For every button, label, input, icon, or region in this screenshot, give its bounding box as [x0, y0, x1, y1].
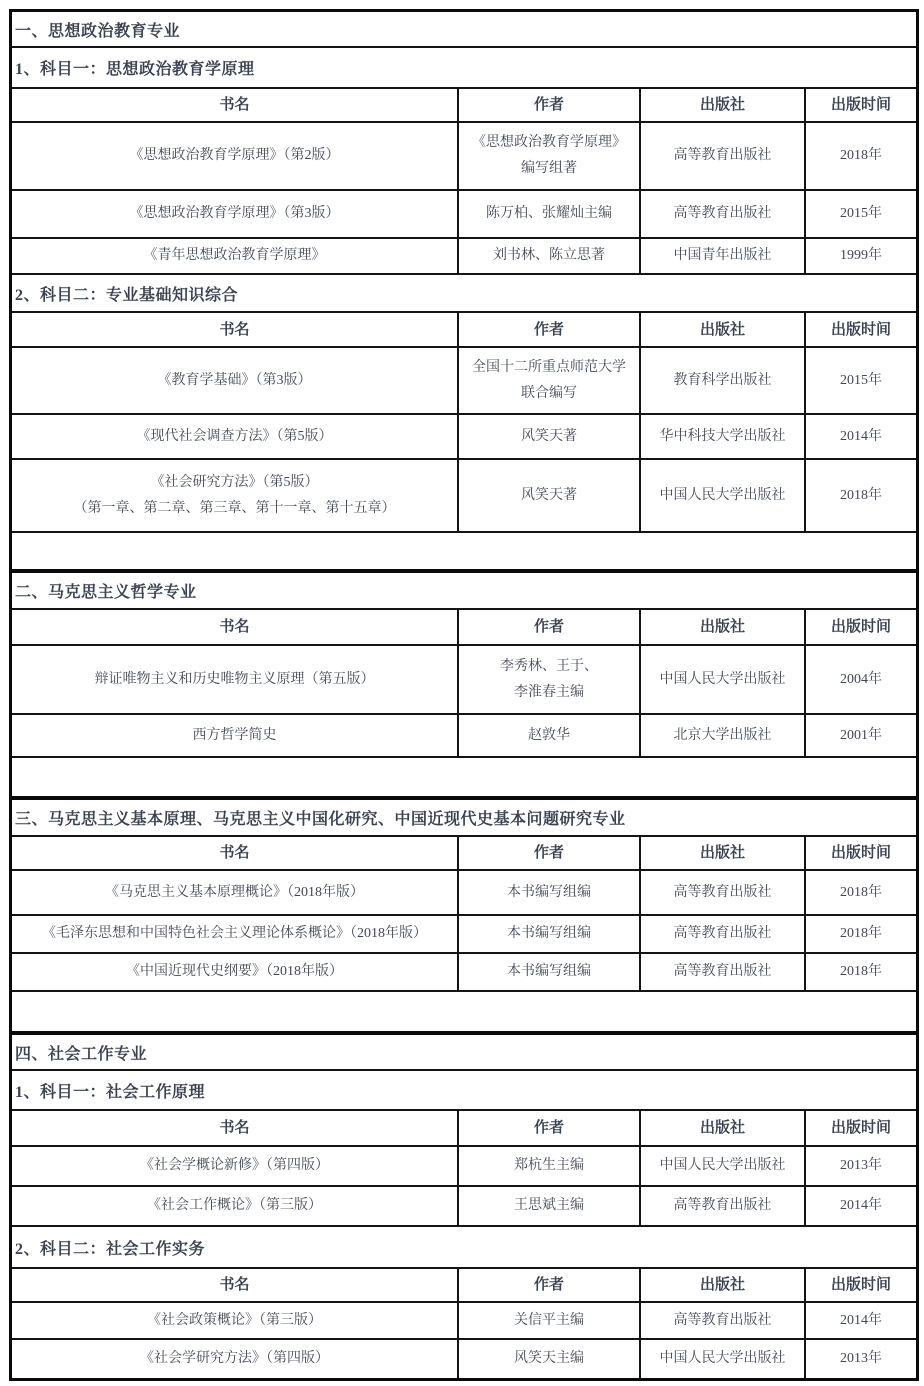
table-header-row: 书名 作者 出版社 出版时间: [12, 89, 916, 123]
books-table: 书名 作者 出版社 出版时间 《社会学概论新修》（第四版） 郑杭生主编 中国人民…: [12, 1111, 916, 1227]
subject-label: 2、科目二：专业基础知识综合: [12, 275, 916, 313]
header-cell-book: 书名: [12, 1111, 457, 1145]
section-title: 一、思想政治教育专业: [12, 12, 916, 48]
cell-author: 风笑天著: [457, 460, 639, 531]
cell-author: 《思想政治教育学原理》 编写组著: [457, 123, 639, 189]
header-cell-publisher: 出版社: [639, 89, 804, 121]
cell-author: 陈万柏、张耀灿主编: [457, 191, 639, 237]
header-cell-date: 出版时间: [804, 89, 916, 121]
cell-date: 2013年: [804, 1147, 916, 1185]
header-cell-author: 作者: [457, 837, 639, 869]
section-1: 一、思想政治教育专业 1、科目一：思想政治教育学原理 书名 作者 出版社 出版时…: [12, 12, 916, 569]
cell-date: 1999年: [804, 239, 916, 273]
table-row: 《思想政治教育学原理》（第2版） 《思想政治教育学原理》 编写组著 高等教育出版…: [12, 123, 916, 191]
cell-date: 2018年: [804, 871, 916, 914]
cell-author: 赵敦华: [457, 715, 639, 756]
cell-author: 本书编写组编: [457, 916, 639, 952]
cell-book: 《社会学概论新修》（第四版）: [12, 1147, 457, 1185]
books-table: 书名 作者 出版社 出版时间 《思想政治教育学原理》（第2版） 《思想政治教育学…: [12, 89, 916, 275]
cell-author: 本书编写组编: [457, 954, 639, 990]
header-cell-publisher: 出版社: [639, 1269, 804, 1301]
cell-book: 《马克思主义基本原理概论》（2018年版）: [12, 871, 457, 914]
table-row: 《教育学基础》（第3版） 全国十二所重点师范大学 联合编写 教育科学出版社 20…: [12, 348, 916, 415]
header-cell-publisher: 出版社: [639, 1111, 804, 1145]
table-row: 《毛泽东思想和中国特色社会主义理论体系概论》（2018年版） 本书编写组编 高等…: [12, 916, 916, 954]
cell-author: 关信平主编: [457, 1303, 639, 1338]
cell-publisher: 中国人民大学出版社: [639, 1147, 804, 1185]
cell-publisher: 中国青年出版社: [639, 239, 804, 273]
table-header-row: 书名 作者 出版社 出版时间: [12, 313, 916, 348]
section-title: 二、马克思主义哲学专业: [12, 573, 916, 610]
cell-book: 《社会学研究方法》（第四版）: [12, 1340, 457, 1378]
header-cell-publisher: 出版社: [639, 837, 804, 869]
subject-label: 1、科目一：社会工作原理: [12, 1071, 916, 1111]
blank-row: [12, 533, 916, 569]
header-cell-date: 出版时间: [804, 1269, 916, 1301]
cell-author: 全国十二所重点师范大学 联合编写: [457, 348, 639, 413]
table-header-row: 书名 作者 出版社 出版时间: [12, 1111, 916, 1147]
cell-date: 2001年: [804, 715, 916, 756]
cell-publisher: 教育科学出版社: [639, 348, 804, 413]
books-table: 书名 作者 出版社 出版时间 《教育学基础》（第3版） 全国十二所重点师范大学 …: [12, 313, 916, 533]
cell-author: 郑杭生主编: [457, 1147, 639, 1185]
cell-publisher: 北京大学出版社: [639, 715, 804, 756]
header-cell-date: 出版时间: [804, 313, 916, 346]
cell-publisher: 高等教育出版社: [639, 123, 804, 189]
cell-author: 本书编写组编: [457, 871, 639, 914]
cell-book: 西方哲学简史: [12, 715, 457, 756]
cell-book: 《教育学基础》（第3版）: [12, 348, 457, 413]
table-row: 《马克思主义基本原理概论》（2018年版） 本书编写组编 高等教育出版社 201…: [12, 871, 916, 916]
cell-book: 《社会研究方法》（第5版） （第一章、第二章、第三章、第十一章、第十五章）: [12, 460, 457, 531]
cell-date: 2014年: [804, 1187, 916, 1225]
cell-date: 2015年: [804, 191, 916, 237]
table-row: 《青年思想政治教育学原理》 刘书林、陈立思著 中国青年出版社 1999年: [12, 239, 916, 275]
table-row: 《思想政治教育学原理》（第3版） 陈万柏、张耀灿主编 高等教育出版社 2015年: [12, 191, 916, 239]
cell-date: 2014年: [804, 1303, 916, 1338]
table-row: 辩证唯物主义和历史唯物主义原理（第五版） 李秀林、王于、 李淮春主编 中国人民大…: [12, 646, 916, 715]
header-cell-date: 出版时间: [804, 837, 916, 869]
cell-publisher: 高等教育出版社: [639, 871, 804, 914]
cell-publisher: 高等教育出版社: [639, 191, 804, 237]
header-cell-book: 书名: [12, 610, 457, 644]
subject-label: 2、科目二：社会工作实务: [12, 1227, 916, 1269]
cell-book: 《青年思想政治教育学原理》: [12, 239, 457, 273]
cell-book: 辩证唯物主义和历史唯物主义原理（第五版）: [12, 646, 457, 713]
cell-date: 2014年: [804, 415, 916, 458]
cell-publisher: 高等教育出版社: [639, 954, 804, 990]
blank-row: [12, 992, 916, 1031]
header-cell-publisher: 出版社: [639, 313, 804, 346]
table-row: 《社会学研究方法》（第四版） 风笑天主编 中国人民大学出版社 2013年: [12, 1340, 916, 1378]
section-3: 三、马克思主义基本原理、马克思主义中国化研究、中国近现代史基本问题研究专业 书名…: [12, 796, 916, 1031]
table-row: 《中国近现代史纲要》（2018年版） 本书编写组编 高等教育出版社 2018年: [12, 954, 916, 992]
section-2: 二、马克思主义哲学专业 书名 作者 出版社 出版时间 辩证唯物主义和历史唯物主义…: [12, 569, 916, 796]
table-row: 《社会工作概论》（第三版） 王思斌主编 高等教育出版社 2014年: [12, 1187, 916, 1227]
header-cell-date: 出版时间: [804, 610, 916, 644]
table-row: 《现代社会调查方法》（第5版） 风笑天著 华中科技大学出版社 2014年: [12, 415, 916, 460]
cell-date: 2018年: [804, 460, 916, 531]
header-cell-book: 书名: [12, 89, 457, 121]
header-cell-author: 作者: [457, 89, 639, 121]
cell-publisher: 中国人民大学出版社: [639, 460, 804, 531]
cell-author: 风笑天著: [457, 415, 639, 458]
cell-date: 2004年: [804, 646, 916, 713]
header-cell-book: 书名: [12, 313, 457, 346]
cell-publisher: 高等教育出版社: [639, 916, 804, 952]
cell-book: 《社会政策概论》（第三版）: [12, 1303, 457, 1338]
cell-date: 2018年: [804, 954, 916, 990]
cell-date: 2018年: [804, 916, 916, 952]
header-cell-author: 作者: [457, 313, 639, 346]
table-row: 《社会学概论新修》（第四版） 郑杭生主编 中国人民大学出版社 2013年: [12, 1147, 916, 1187]
section-title: 三、马克思主义基本原理、马克思主义中国化研究、中国近现代史基本问题研究专业: [12, 800, 916, 837]
cell-author: 风笑天主编: [457, 1340, 639, 1378]
cell-author: 李秀林、王于、 李淮春主编: [457, 646, 639, 713]
reference-book-document: 一、思想政治教育专业 1、科目一：思想政治教育学原理 书名 作者 出版社 出版时…: [9, 9, 919, 1381]
cell-book: 《毛泽东思想和中国特色社会主义理论体系概论》（2018年版）: [12, 916, 457, 952]
section-title: 四、社会工作专业: [12, 1035, 916, 1071]
cell-author: 王思斌主编: [457, 1187, 639, 1225]
cell-publisher: 高等教育出版社: [639, 1303, 804, 1338]
table-row: 西方哲学简史 赵敦华 北京大学出版社 2001年: [12, 715, 916, 758]
cell-date: 2013年: [804, 1340, 916, 1378]
cell-publisher: 中国人民大学出版社: [639, 646, 804, 713]
header-cell-book: 书名: [12, 837, 457, 869]
cell-book: 《现代社会调查方法》（第5版）: [12, 415, 457, 458]
table-row: 《社会政策概论》（第三版） 关信平主编 高等教育出版社 2014年: [12, 1303, 916, 1340]
cell-publisher: 华中科技大学出版社: [639, 415, 804, 458]
blank-row: [12, 758, 916, 796]
cell-book: 《思想政治教育学原理》（第3版）: [12, 191, 457, 237]
cell-author: 刘书林、陈立思著: [457, 239, 639, 273]
books-table: 书名 作者 出版社 出版时间 《社会政策概论》（第三版） 关信平主编 高等教育出…: [12, 1269, 916, 1378]
section-4: 四、社会工作专业 1、科目一：社会工作原理 书名 作者 出版社 出版时间 《社会…: [12, 1031, 916, 1378]
cell-book: 《社会工作概论》（第三版）: [12, 1187, 457, 1225]
books-table: 书名 作者 出版社 出版时间 辩证唯物主义和历史唯物主义原理（第五版） 李秀林、…: [12, 610, 916, 758]
header-cell-author: 作者: [457, 1269, 639, 1301]
table-row: 《社会研究方法》（第5版） （第一章、第二章、第三章、第十一章、第十五章） 风笑…: [12, 460, 916, 533]
subject-label: 1、科目一：思想政治教育学原理: [12, 48, 916, 89]
header-cell-author: 作者: [457, 610, 639, 644]
table-header-row: 书名 作者 出版社 出版时间: [12, 610, 916, 646]
cell-publisher: 中国人民大学出版社: [639, 1340, 804, 1378]
cell-publisher: 高等教育出版社: [639, 1187, 804, 1225]
header-cell-publisher: 出版社: [639, 610, 804, 644]
table-header-row: 书名 作者 出版社 出版时间: [12, 837, 916, 871]
header-cell-date: 出版时间: [804, 1111, 916, 1145]
header-cell-author: 作者: [457, 1111, 639, 1145]
books-table: 书名 作者 出版社 出版时间 《马克思主义基本原理概论》（2018年版） 本书编…: [12, 837, 916, 992]
cell-date: 2018年: [804, 123, 916, 189]
cell-book: 《中国近现代史纲要》（2018年版）: [12, 954, 457, 990]
cell-date: 2015年: [804, 348, 916, 413]
header-cell-book: 书名: [12, 1269, 457, 1301]
cell-book: 《思想政治教育学原理》（第2版）: [12, 123, 457, 189]
table-header-row: 书名 作者 出版社 出版时间: [12, 1269, 916, 1303]
